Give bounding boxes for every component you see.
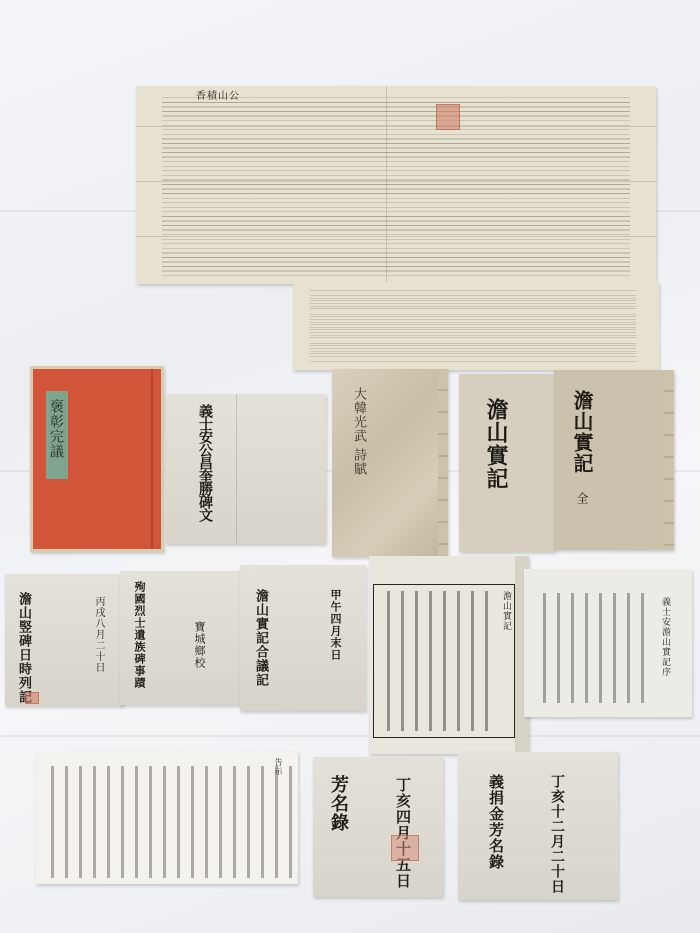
red-bound-book: 褒彰完議 bbox=[30, 366, 164, 552]
long-handwritten-sheet: 告示 bbox=[36, 752, 298, 884]
memorial-manuscript: 義士安公昌奎勝碑文 bbox=[166, 394, 326, 544]
red-seal bbox=[436, 104, 460, 130]
preface-manuscript: 義士安澹山實記序 bbox=[524, 569, 692, 717]
book-label: 褒彰完議 bbox=[46, 391, 68, 479]
red-seal bbox=[25, 692, 39, 704]
silsan-book-2: 澹山實記 全 bbox=[554, 370, 674, 550]
roster-booklet-2: 義捐金芳名錄 丁亥十二月二十日 bbox=[458, 752, 618, 900]
silsan-book-1: 澹山實記 bbox=[459, 374, 555, 552]
handwritten-letter-lower bbox=[293, 282, 659, 370]
red-seal bbox=[391, 835, 419, 861]
open-printed-book: 澹山實記 bbox=[369, 556, 529, 754]
letter-header: 香積山公 bbox=[196, 92, 240, 102]
worn-bound-book: 大韓光武 詩賦 bbox=[332, 369, 448, 557]
handwritten-letter: 香積山公 bbox=[136, 86, 656, 284]
folded-booklet-1: 澹山竪碑日時列記 丙戌八月二十日 bbox=[5, 574, 123, 706]
folded-booklet-2: 殉國烈士遺族碑事蹟 寶城鄉校 bbox=[120, 571, 240, 705]
folded-booklet-3: 澹山實記合議記 甲午四月末日 bbox=[240, 565, 366, 711]
roster-booklet-1: 芳名錄 丁亥四月十五日 bbox=[313, 757, 443, 897]
